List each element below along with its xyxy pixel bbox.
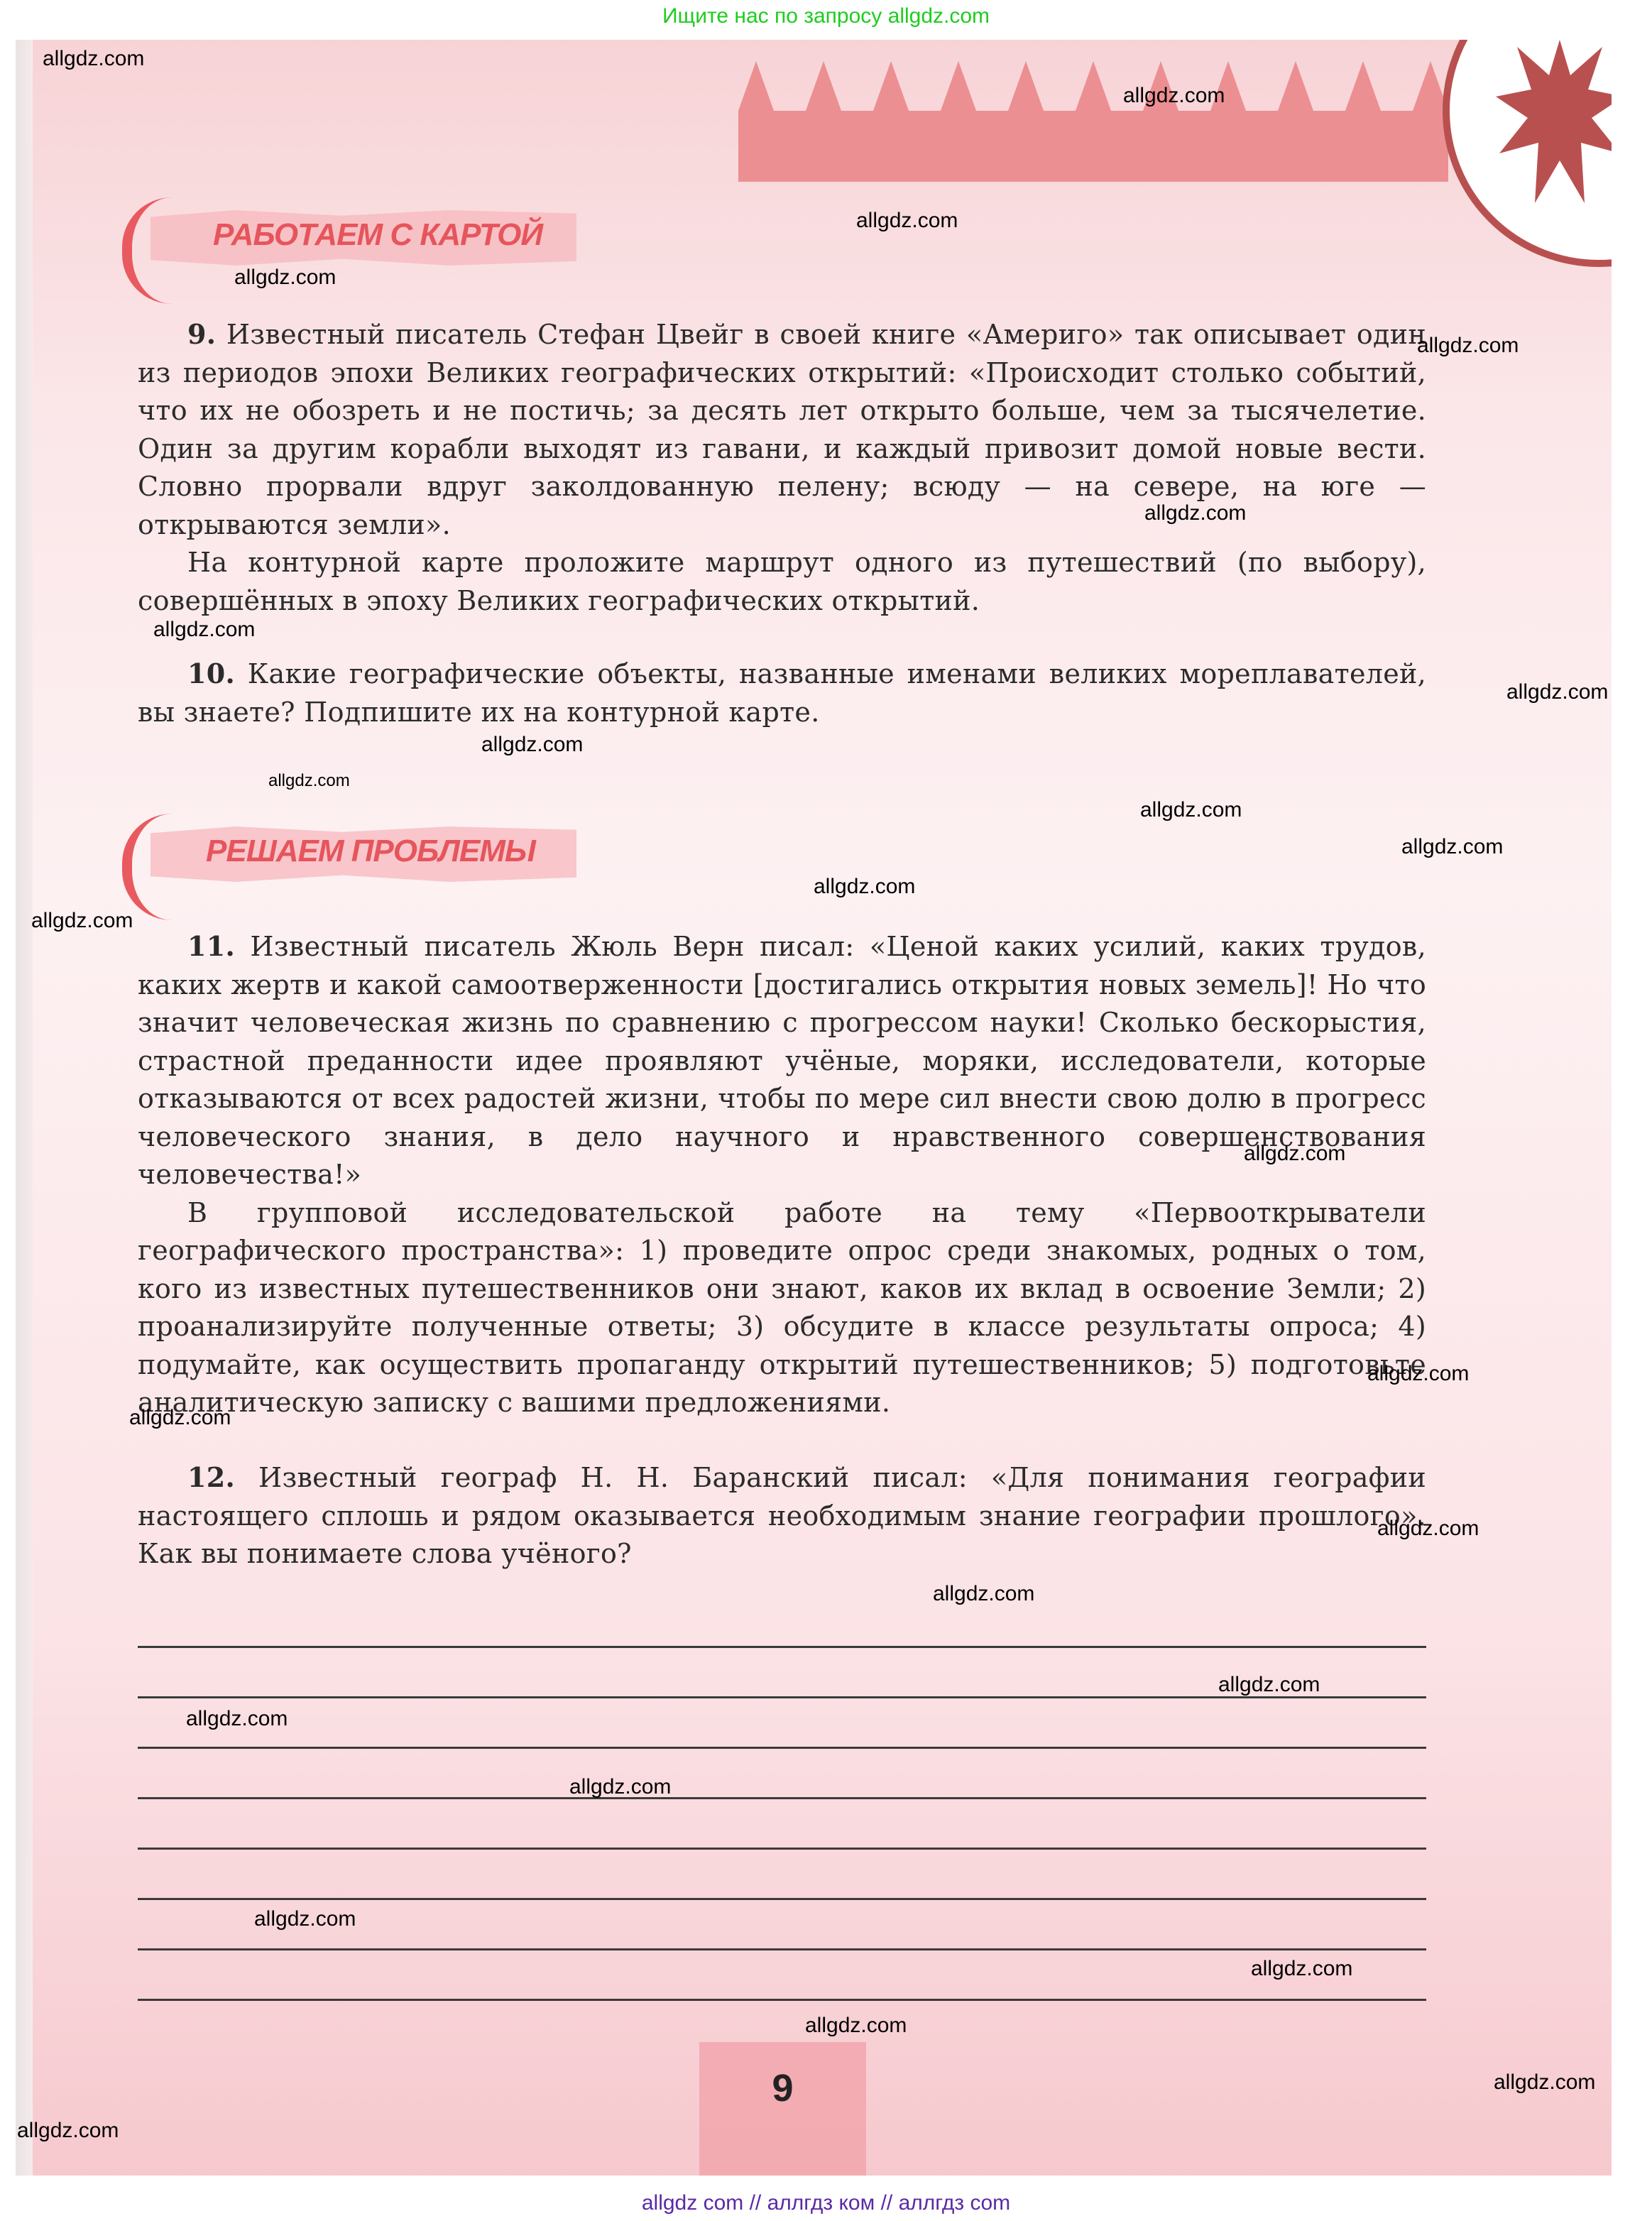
watermark: allgdz.com bbox=[254, 1907, 356, 1931]
task-instruction: В групповой исследовательской работе на … bbox=[138, 1194, 1426, 1422]
watermark: allgdz.com bbox=[933, 1582, 1034, 1606]
task-12: 12. Известный географ Н. Н. Баранский пи… bbox=[138, 1458, 1426, 1573]
answer-line[interactable] bbox=[138, 1948, 1426, 1950]
watermark: allgdz.com bbox=[1218, 1673, 1320, 1697]
watermark: allgdz.com bbox=[805, 2014, 907, 2038]
watermark: allgdz.com bbox=[1123, 84, 1225, 108]
task-9: 9. Известный писатель Стефан Цвейг в сво… bbox=[138, 315, 1426, 620]
bottom-banner[interactable]: allgdz com // аллгдз ком // аллгдз com bbox=[0, 2185, 1652, 2221]
answer-line[interactable] bbox=[138, 1646, 1426, 1648]
section-title-map: РАБОТАЕМ С КАРТОЙ bbox=[213, 217, 542, 253]
task-number: 9. bbox=[187, 318, 216, 350]
watermark: allgdz.com bbox=[1417, 334, 1519, 358]
watermark: allgdz.com bbox=[1244, 1142, 1345, 1166]
workbook-page: РАБОТАЕМ С КАРТОЙ 9. Известный писатель … bbox=[16, 40, 1612, 2176]
watermark: allgdz.com bbox=[1144, 501, 1246, 525]
task-text: Какие географические объекты, названные … bbox=[138, 658, 1426, 728]
watermark: allgdz.com bbox=[153, 618, 255, 642]
section-label-problems: РЕШАЕМ ПРОБЛЕМЫ bbox=[122, 821, 605, 882]
watermark: allgdz.com bbox=[1506, 680, 1608, 704]
watermark: allgdz.com bbox=[1494, 2070, 1595, 2095]
watermark: allgdz.com bbox=[1401, 835, 1503, 859]
watermark: allgdz.com bbox=[43, 47, 144, 71]
task-instruction: На контурной карте проложите маршрут одн… bbox=[138, 544, 1426, 620]
top-banner[interactable]: Ищите нас по запросу allgdz.com bbox=[0, 0, 1652, 33]
watermark: allgdz.com bbox=[31, 909, 133, 933]
task-text: Известный писатель Жюль Верн писал: «Цен… bbox=[138, 931, 1426, 1190]
task-10: 10. Какие географические объекты, назван… bbox=[138, 655, 1426, 731]
task-number: 10. bbox=[187, 657, 235, 689]
task-number: 11. bbox=[187, 930, 235, 962]
watermark: allgdz.com bbox=[481, 733, 583, 757]
watermark: allgdz.com bbox=[856, 209, 958, 233]
label-arc bbox=[122, 814, 189, 920]
answer-line[interactable] bbox=[138, 1898, 1426, 1900]
watermark: allgdz.com bbox=[814, 875, 915, 899]
answer-line[interactable] bbox=[138, 1999, 1426, 2001]
watermark: allgdz.com bbox=[1377, 1517, 1479, 1541]
answer-line[interactable] bbox=[138, 1747, 1426, 1749]
watermark: allgdz.com bbox=[268, 771, 350, 791]
answer-line[interactable] bbox=[138, 1797, 1426, 1799]
watermark: allgdz.com bbox=[1140, 798, 1242, 822]
watermark: allgdz.com bbox=[1367, 1362, 1469, 1386]
watermark: allgdz.com bbox=[569, 1775, 671, 1799]
watermark: allgdz.com bbox=[186, 1707, 288, 1731]
task-text: Известный географ Н. Н. Баранский писал:… bbox=[138, 1462, 1426, 1569]
page-edge bbox=[16, 40, 33, 2176]
zigzag-decoration-icon bbox=[738, 61, 1448, 182]
answer-area[interactable] bbox=[138, 1646, 1426, 2049]
answer-line[interactable] bbox=[138, 1848, 1426, 1850]
section-label-map: РАБОТАЕМ С КАРТОЙ bbox=[122, 204, 605, 266]
label-arc bbox=[122, 197, 189, 304]
task-number: 12. bbox=[187, 1461, 235, 1493]
watermark: allgdz.com bbox=[17, 2119, 119, 2143]
section-title-problems: РЕШАЕМ ПРОБЛЕМЫ bbox=[206, 834, 535, 869]
watermark: allgdz.com bbox=[234, 266, 336, 290]
task-11: 11. Известный писатель Жюль Верн писал: … bbox=[138, 927, 1426, 1422]
page-number: 9 bbox=[699, 2066, 866, 2110]
watermark: allgdz.com bbox=[129, 1406, 231, 1430]
watermark: allgdz.com bbox=[1251, 1957, 1352, 1981]
star-icon bbox=[1496, 40, 1612, 203]
